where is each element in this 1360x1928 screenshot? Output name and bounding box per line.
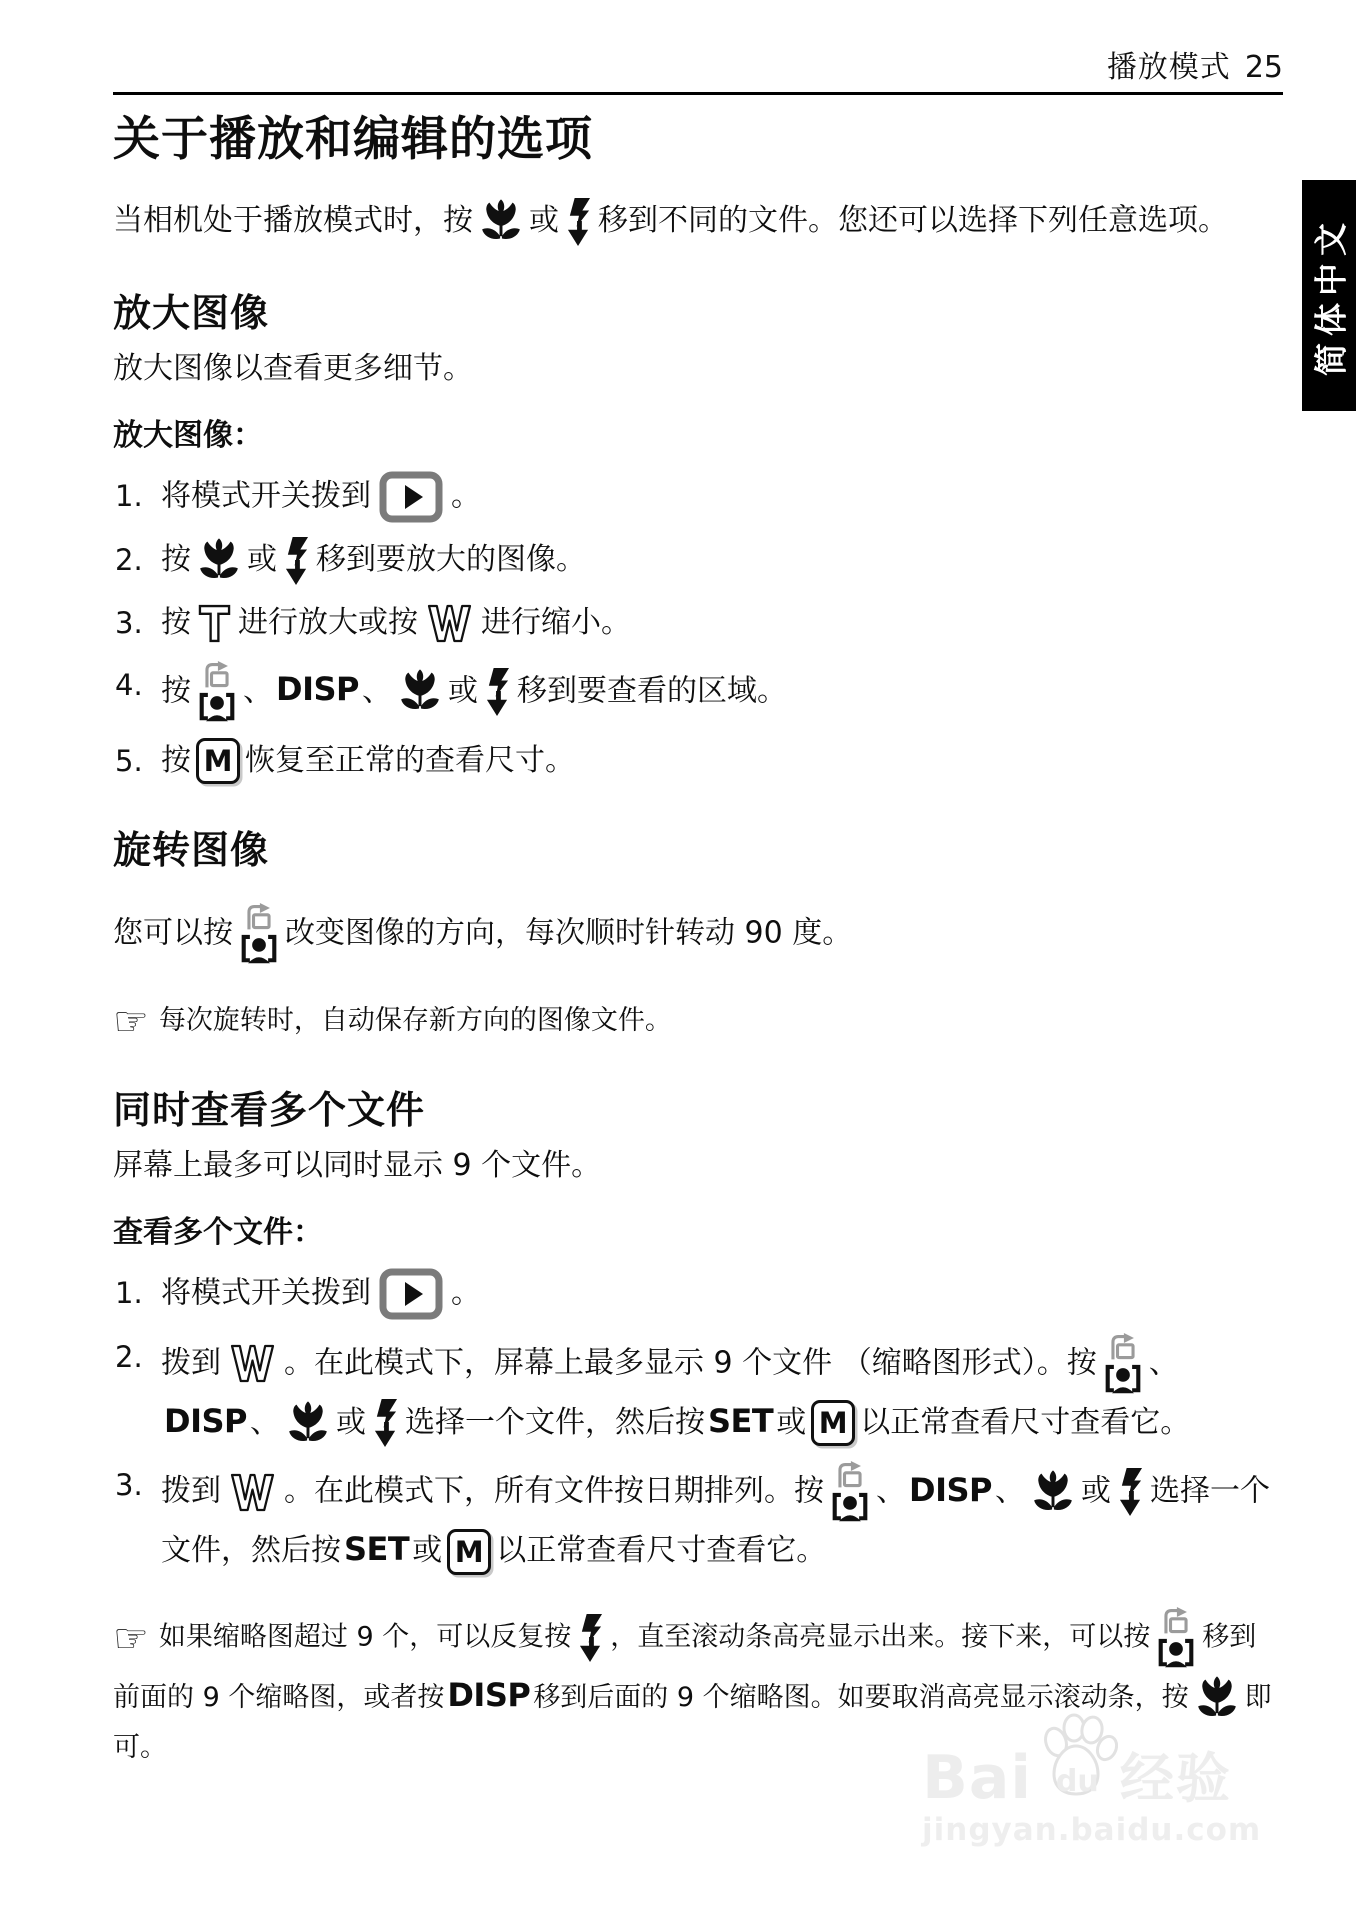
text-run: 移到不同的文件。您还可以选择下列任意选项。	[598, 203, 1228, 238]
flash-bolt-icon	[282, 536, 311, 586]
multi-description: 屏幕上最多可以同时显示 9 个文件。	[113, 1146, 1283, 1186]
flash-bolt-icon	[1116, 1467, 1145, 1517]
flash-bolt-icon	[371, 1398, 400, 1448]
text-run: 恢复至正常的查看尺寸。	[245, 743, 575, 778]
macro-flower-icon	[1030, 1469, 1076, 1516]
text-run: 选择一个文件，然后按	[405, 1405, 705, 1440]
text-run: 。在此模式下，屏幕上最多显示 9 个文件 （缩略图形式）。按	[284, 1345, 1097, 1380]
list-item: 按 进行放大或按 进行缩小。	[113, 598, 1283, 648]
text-run: 按	[161, 542, 191, 577]
text-run: 、	[243, 673, 273, 708]
rotate-button-icon	[1155, 1606, 1197, 1670]
text-run: 拨到	[161, 1345, 221, 1380]
list-item: 按 、DISP、 或	[113, 660, 1283, 724]
list-item: 按M恢复至正常的查看尺寸。	[113, 736, 1283, 786]
watermark-paw-text: du	[1056, 1764, 1099, 1799]
section-heading-multi: 同时查看多个文件	[113, 1088, 1283, 1132]
enlarge-subheading: 放大图像：	[113, 417, 1283, 455]
zoom-wide-w-icon	[425, 604, 474, 643]
manual-page: 播放模式25 关于播放和编辑的选项 当相机处于播放模式时，按 或 移到不同的文件…	[0, 0, 1360, 1928]
macro-flower-icon	[478, 198, 524, 245]
text-run: 将模式开关拨到	[161, 1275, 371, 1310]
text-run: 以正常查看尺寸查看它。	[860, 1405, 1190, 1440]
macro-flower-icon	[285, 1400, 331, 1447]
mode-m-button-icon: M	[447, 1529, 491, 1575]
button-label-disp: DISP	[447, 1676, 530, 1714]
macro-flower-icon	[397, 668, 443, 715]
note-hand-icon: ☞	[113, 1616, 149, 1662]
text-run: 拨到	[161, 1474, 221, 1509]
list-item: 将模式开关拨到 。	[113, 471, 1283, 523]
text-run: 或	[1081, 1474, 1111, 1509]
rotate-button-icon	[196, 660, 238, 724]
text-run: 或	[247, 542, 277, 577]
header-section-label: 播放模式	[1107, 50, 1231, 85]
baidu-watermark: Bai du 经验 jingyan.baidu.com	[922, 1712, 1232, 1848]
text-run: 移到要查看的区域。	[517, 673, 787, 708]
text-run: 或	[448, 673, 478, 708]
text-run: 或	[412, 1533, 442, 1568]
list-item: 将模式开关拨到 。	[113, 1268, 1283, 1320]
button-label-disp: DISP	[909, 1471, 992, 1509]
playback-mode-icon	[379, 471, 443, 523]
text-run: 按	[161, 743, 191, 778]
watermark-brand-row: Bai du 经验	[922, 1712, 1232, 1808]
flash-bolt-icon	[576, 1613, 605, 1663]
text-run: 、	[995, 1474, 1025, 1509]
zoom-wide-w-icon	[228, 1473, 277, 1512]
header-page-number: 25	[1245, 50, 1283, 85]
text-run: 。	[451, 1275, 481, 1310]
watermark-brand-cn: 经验	[1120, 1750, 1232, 1808]
text-run: 或	[776, 1405, 806, 1440]
text-run: 移到后面的 9 个缩略图。如要取消高亮显示滚动条，按	[533, 1682, 1188, 1713]
text-run: 按	[161, 673, 191, 708]
button-label-set: SET	[708, 1402, 773, 1440]
note-hand-icon: ☞	[113, 999, 149, 1045]
list-item: 拨到 。在此模式下，屏幕上最多显示 9 个文件 （缩略图形式）。按 、DISP、	[113, 1332, 1283, 1449]
zoom-wide-w-icon	[228, 1344, 277, 1383]
flash-bolt-icon	[564, 197, 593, 247]
text-run: 、	[362, 673, 392, 708]
macro-flower-icon	[196, 537, 242, 584]
text-run: 以正常查看尺寸查看它。	[496, 1533, 826, 1568]
text-run: 当相机处于播放模式时，按	[113, 203, 473, 238]
language-side-tab: 简体中文	[1302, 180, 1356, 411]
header-rule	[113, 92, 1283, 95]
mode-m-button-icon: M	[811, 1400, 855, 1446]
text-run: 。	[451, 479, 481, 514]
flash-bolt-icon	[483, 667, 512, 717]
text-run: 您可以按	[113, 915, 233, 950]
watermark-brand-prefix: Bai	[922, 1748, 1032, 1808]
rotate-button-icon	[1102, 1332, 1144, 1396]
rotate-button-icon	[829, 1460, 871, 1524]
button-label-disp: DISP	[164, 1402, 247, 1440]
text-run: 。在此模式下，所有文件按日期排列。按	[284, 1474, 824, 1509]
zoom-tele-t-icon	[198, 604, 231, 643]
text-run: 、	[250, 1405, 280, 1440]
rotate-note: ☞每次旋转时，自动保存新方向的图像文件。	[113, 996, 1283, 1046]
multi-steps-list: 将模式开关拨到 。 拨到 。在此模式下，屏幕上最多显示 9 个文件 （缩略图形式…	[113, 1268, 1283, 1577]
text-run: 进行放大或按	[238, 605, 418, 640]
list-item: 拨到 。在此模式下，所有文件按日期排列。按 、DISP、	[113, 1460, 1283, 1576]
button-label-disp: DISP	[276, 670, 359, 708]
page-header: 播放模式25	[113, 0, 1283, 84]
multi-subheading: 查看多个文件：	[113, 1214, 1283, 1252]
text-run: 、	[1149, 1345, 1179, 1380]
page-title: 关于播放和编辑的选项	[113, 113, 1283, 167]
rotate-button-icon	[238, 902, 280, 966]
enlarge-steps-list: 将模式开关拨到 。 按 或 移到要放大的图像。 按 进行放大或按	[113, 471, 1283, 786]
rotate-paragraph: 您可以按 改变图像的方向，每次顺时针转动 90 度。	[113, 902, 1283, 966]
baidu-paw-icon: du	[1034, 1712, 1118, 1808]
intro-paragraph: 当相机处于播放模式时，按 或 移到不同的文件。您还可以选择下列任意选项。	[113, 193, 1283, 249]
text-run: 按	[161, 605, 191, 640]
text-run: 移到要放大的图像。	[316, 542, 586, 577]
text-run: 进行缩小。	[481, 605, 631, 640]
button-label-set: SET	[344, 1530, 409, 1568]
list-item: 按 或 移到要放大的图像。	[113, 535, 1283, 586]
text-run: 或	[529, 203, 559, 238]
section-heading-enlarge: 放大图像	[113, 291, 1283, 335]
playback-mode-icon	[379, 1268, 443, 1320]
text-run: 如果缩略图超过 9 个，可以反复按	[159, 1622, 571, 1653]
text-run: 、	[876, 1474, 906, 1509]
page-content: 播放模式25 关于播放和编辑的选项 当相机处于播放模式时，按 或 移到不同的文件…	[113, 0, 1283, 1773]
text-run: 或	[336, 1405, 366, 1440]
language-tab-label: 简体中文	[1306, 216, 1353, 376]
section-heading-rotate: 旋转图像	[113, 828, 1283, 872]
mode-m-button-icon: M	[196, 738, 240, 784]
text-run: 每次旋转时，自动保存新方向的图像文件。	[159, 1005, 672, 1036]
text-run: 改变图像的方向，每次顺时针转动 90 度。	[285, 915, 852, 950]
text-run: ，直至滚动条高亮显示出来。接下来，可以按	[610, 1622, 1150, 1653]
watermark-url: jingyan.baidu.com	[922, 1812, 1232, 1848]
text-run: 将模式开关拨到	[161, 479, 371, 514]
enlarge-description: 放大图像以查看更多细节。	[113, 349, 1283, 389]
